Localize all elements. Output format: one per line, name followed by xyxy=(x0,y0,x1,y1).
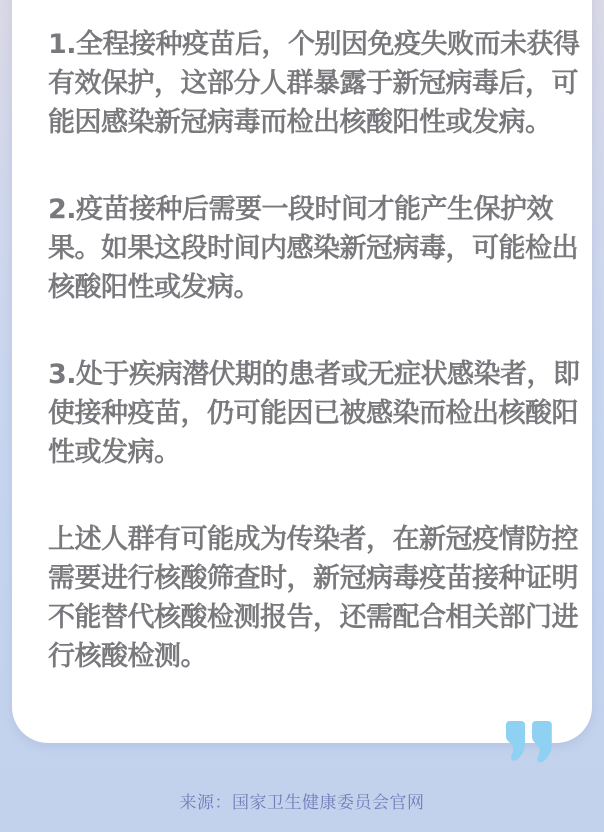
text-line: 使接种疫苗，仍可能因已被感染而检出核酸阳 xyxy=(48,394,588,433)
body-text: 1.全程接种疫苗后，个别因免疫失败而未获得 有效保护，这部分人群暴露于新冠病毒后… xyxy=(48,25,588,676)
text-line: 有效保护，这部分人群暴露于新冠病毒后，可 xyxy=(48,64,588,103)
text-line: 性或发病。 xyxy=(48,433,588,472)
text-line: 行核酸检测。 xyxy=(48,637,588,676)
paragraph-4: 上述人群有可能成为传染者，在新冠疫情防控 需要进行核酸筛查时，新冠病毒疫苗接种证… xyxy=(48,520,588,676)
text-line: 需要进行核酸筛查时，新冠病毒疫苗接种证明 xyxy=(48,559,588,598)
text-line: 果。如果这段时间内感染新冠病毒，可能检出 xyxy=(48,229,588,268)
paragraph-2: 2.疫苗接种后需要一段时间才能产生保护效 果。如果这段时间内感染新冠病毒，可能检… xyxy=(48,190,588,307)
text-line: 2.疫苗接种后需要一段时间才能产生保护效 xyxy=(48,190,588,229)
text-line: 上述人群有可能成为传染者，在新冠疫情防控 xyxy=(48,520,588,559)
content-card: 1.全程接种疫苗后，个别因免疫失败而未获得 有效保护，这部分人群暴露于新冠病毒后… xyxy=(12,0,592,743)
text-line: 1.全程接种疫苗后，个别因免疫失败而未获得 xyxy=(48,25,588,64)
poster-background: { "poster": { "background_top_color": "#… xyxy=(0,0,604,832)
paragraph-1: 1.全程接种疫苗后，个别因免疫失败而未获得 有效保护，这部分人群暴露于新冠病毒后… xyxy=(48,25,588,142)
text-line: 不能替代核酸检测报告，还需配合相关部门进 xyxy=(48,598,588,637)
paragraph-3: 3.处于疾病潜伏期的患者或无症状感染者，即 使接种疫苗，仍可能因已被感染而检出核… xyxy=(48,355,588,472)
source-attribution: 来源：国家卫生健康委员会官网 xyxy=(0,792,604,814)
text-line: 3.处于疾病潜伏期的患者或无症状感染者，即 xyxy=(48,355,588,394)
text-line: 能因感染新冠病毒而检出核酸阳性或发病。 xyxy=(48,103,588,142)
text-line: 核酸阳性或发病。 xyxy=(48,268,588,307)
closing-double-quote-icon xyxy=(505,720,557,770)
